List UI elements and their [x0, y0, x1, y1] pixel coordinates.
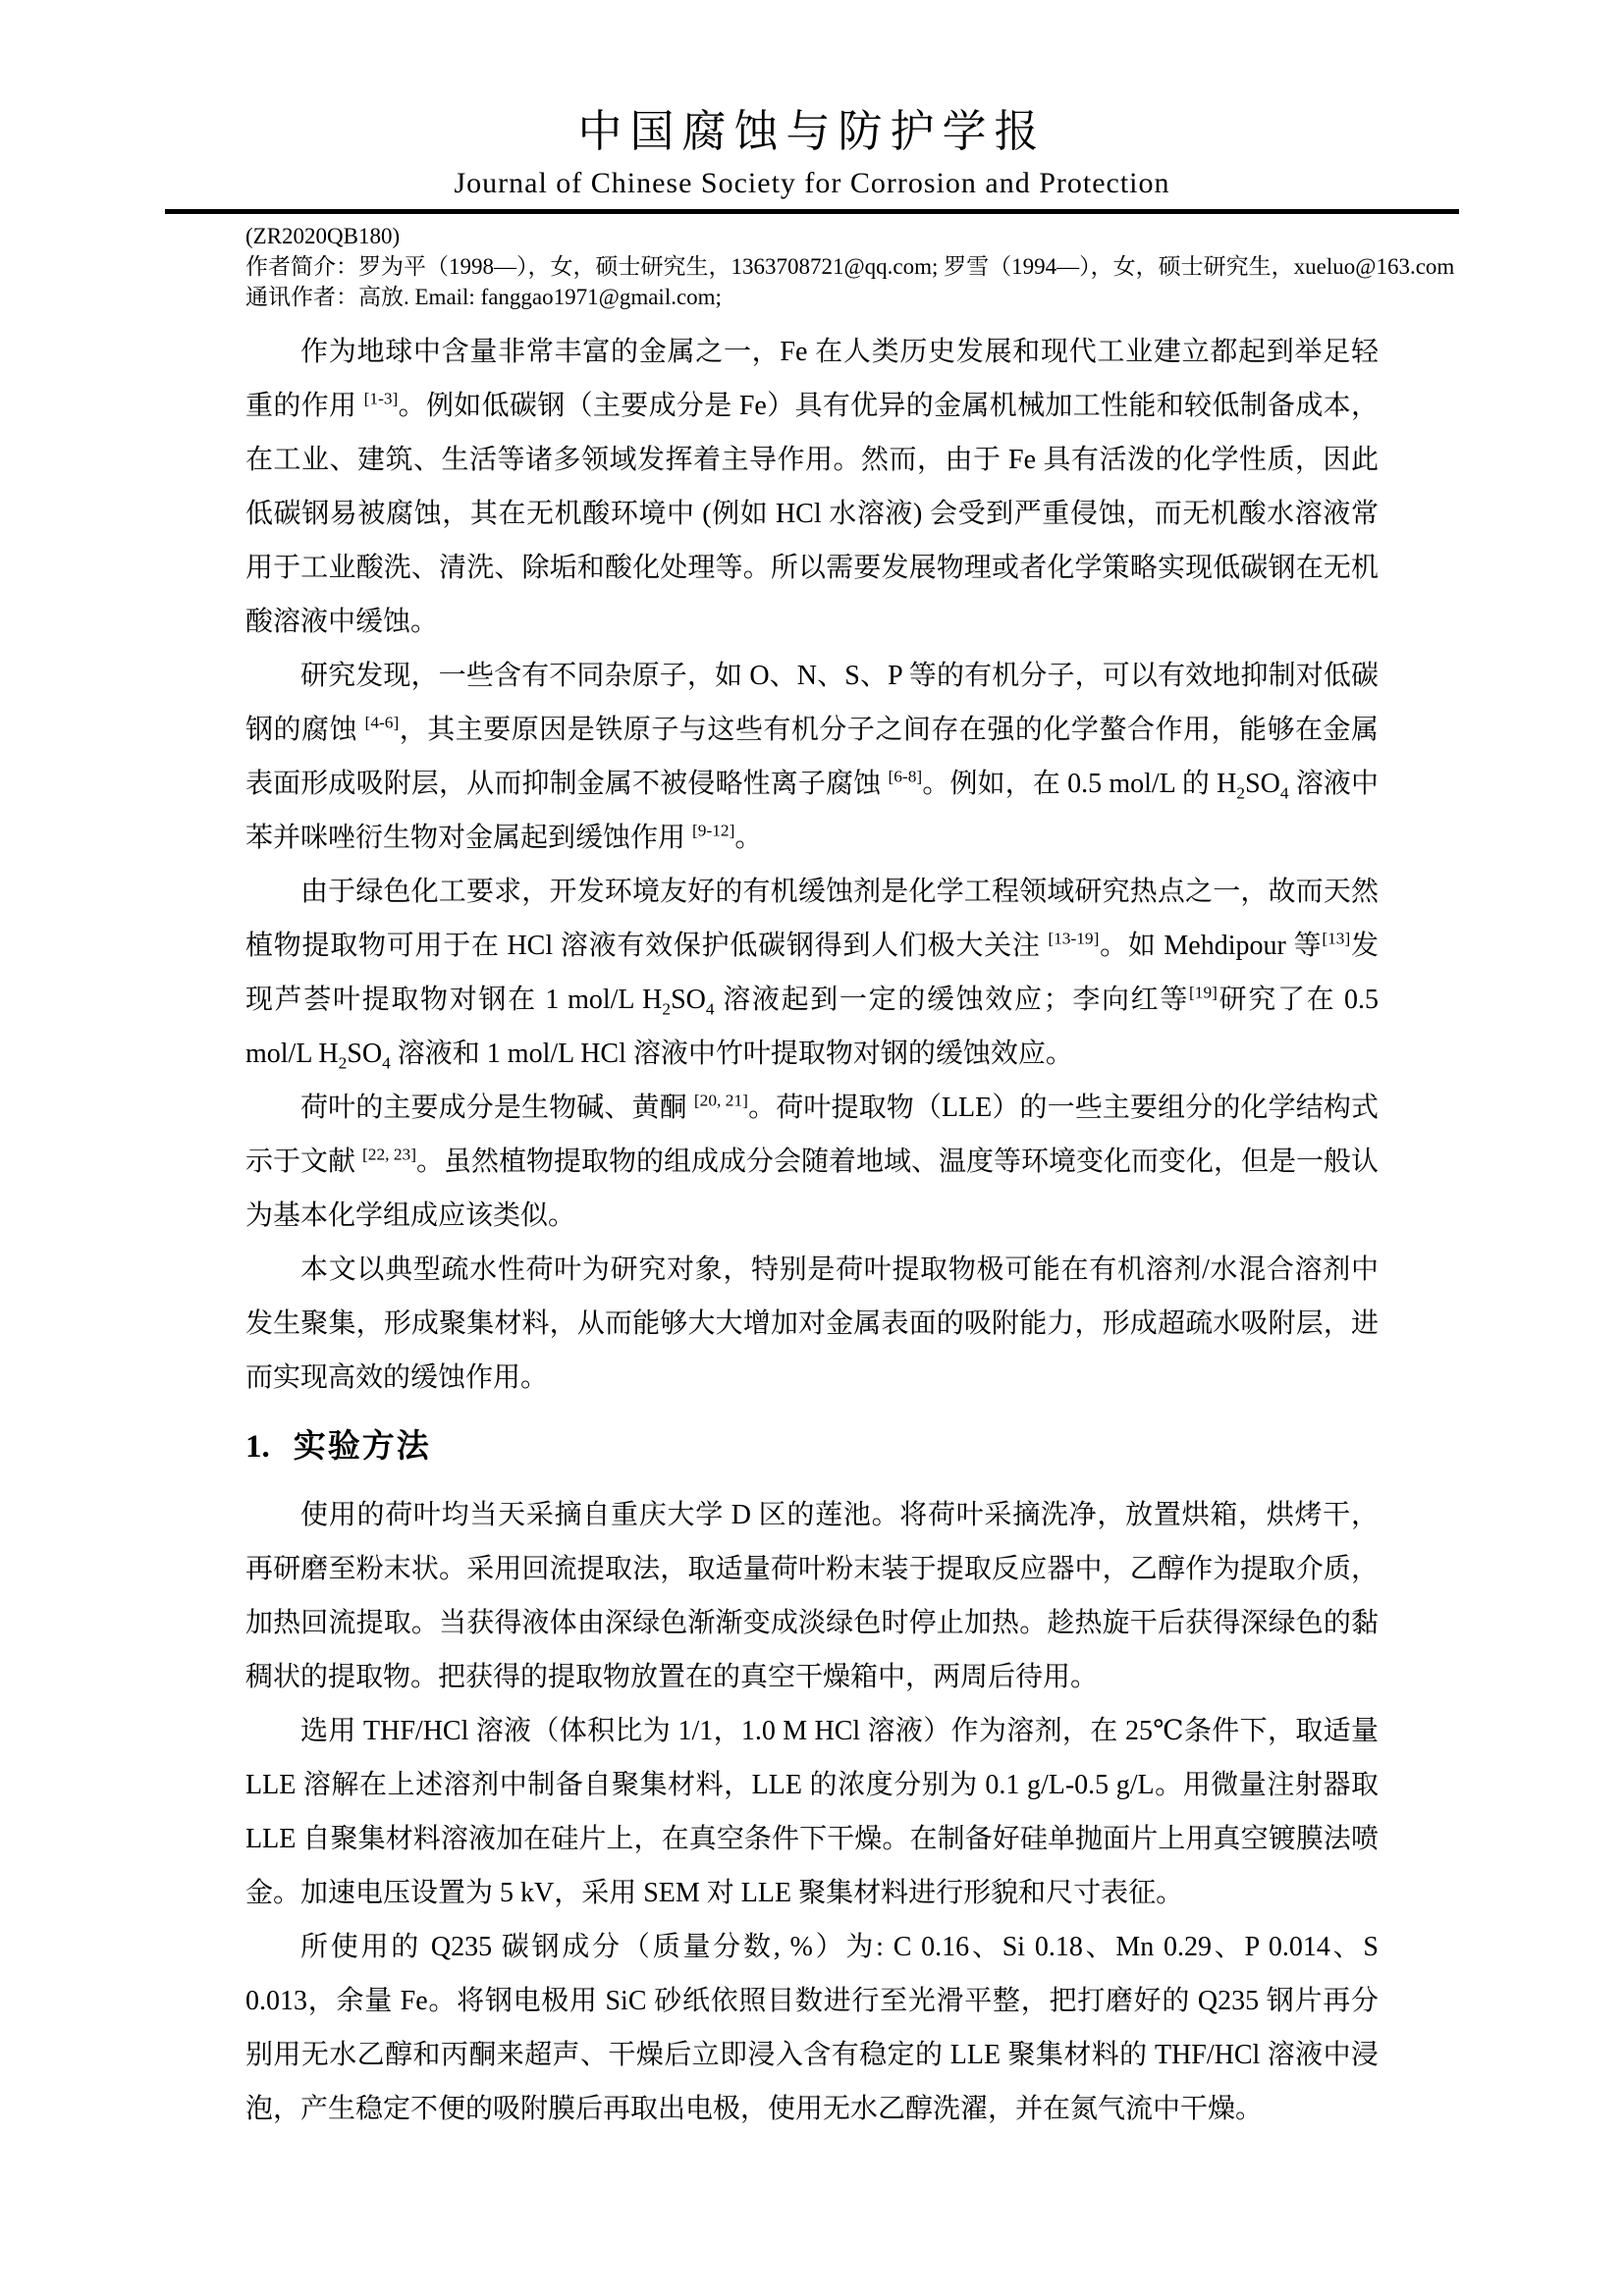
text-run: 荷叶的主要成分是生物碱、黄酮 [300, 1093, 694, 1123]
journal-title-cn: 中国腐蚀与防护学报 [0, 0, 1624, 157]
chemical-subscript: 4 [382, 1054, 391, 1073]
author-bio-line: 作者简介：罗为平（1998—），女，硕士研究生，1363708721@qq.co… [245, 251, 1379, 282]
text-run: SO [347, 1039, 382, 1069]
manuscript-page: 中国腐蚀与防护学报 Journal of Chinese Society for… [0, 0, 1624, 2296]
article-body: 作为地球中含量非常丰富的金属之一，Fe 在人类历史发展和现代工业建立都起到举足轻… [245, 325, 1379, 2136]
paragraph-2: 研究发现，一些含有不同杂原子，如 O、N、S、P 等的有机分子，可以有效地抑制对… [245, 649, 1379, 865]
citation-superscript: [6-8] [888, 768, 922, 786]
text-run: 。 [734, 823, 762, 853]
chemical-subscript: 2 [339, 1054, 348, 1073]
text-run: SO [671, 985, 706, 1015]
citation-superscript: [4-6] [365, 714, 400, 732]
text-run: 溶液起到一定的缓蚀效应；李向红等 [715, 985, 1189, 1015]
citation-superscript: [13-19] [1048, 930, 1099, 948]
section-title: 实验方法 [294, 1429, 431, 1465]
corresponding-author-line: 通讯作者：高放. Email: fanggao1971@gmail.com; [245, 282, 1379, 312]
paragraph-5: 本文以典型疏水性荷叶为研究对象，特别是荷叶提取物极可能在有机溶剂/水混合溶剂中发… [245, 1243, 1379, 1405]
section-number: 1. [245, 1429, 270, 1465]
text-run: 。例如低碳钢（主要成分是 Fe）具有优异的金属机械加工性能和较低制备成本，在工业… [245, 391, 1379, 637]
text-run: 使用的荷叶均当天采摘自重庆大学 D 区的莲池。将荷叶采摘洗净，放置烘箱，烘烤干，… [245, 1500, 1379, 1692]
meta-block: (ZR2020QB180) 作者简介：罗为平（1998—），女，硕士研究生，13… [245, 221, 1379, 312]
chemical-subscript: 2 [1236, 784, 1245, 803]
citation-superscript: [1-3] [364, 390, 399, 408]
text-run: 选用 THF/HCl 溶液（体积比为 1/1，1.0 M HCl 溶液）作为溶剂… [245, 1716, 1379, 1908]
grant-number: (ZR2020QB180) [245, 221, 1379, 251]
text-run: 所使用的 Q235 碳钢成分（质量分数, %）为: C 0.16、Si 0.18… [245, 1932, 1379, 2124]
citation-superscript: [13] [1322, 930, 1350, 948]
text-run: 。虽然植物提取物的组成成分会随着地域、温度等环境变化而变化，但是一般认为基本化学… [245, 1147, 1379, 1231]
citation-superscript: [9-12] [692, 822, 734, 840]
citation-superscript: [19] [1189, 984, 1218, 1002]
paragraph-9: 所使用的 Q235 碳钢成分（质量分数, %）为: C 0.16、Si 0.18… [245, 1920, 1379, 2136]
citation-superscript: [20, 21] [694, 1092, 748, 1110]
chemical-subscript: 4 [1280, 784, 1289, 803]
chemical-subscript: 2 [662, 1000, 671, 1019]
paragraph-7: 使用的荷叶均当天采摘自重庆大学 D 区的莲池。将荷叶采摘洗净，放置烘箱，烘烤干，… [245, 1488, 1379, 1704]
text-run: 溶液和 1 mol/L HCl 溶液中竹叶提取物对钢的缓蚀效应。 [391, 1039, 1073, 1069]
text-run: 。例如，在 0.5 mol/L 的 H [922, 769, 1236, 799]
paragraph-4: 荷叶的主要成分是生物碱、黄酮 [20, 21]。荷叶提取物（LLE）的一些主要组… [245, 1081, 1379, 1243]
text-run: SO [1245, 769, 1280, 799]
chemical-subscript: 4 [706, 1000, 715, 1019]
section-heading: 1.实验方法 [245, 1420, 1379, 1474]
journal-title-en: Journal of Chinese Society for Corrosion… [0, 167, 1624, 200]
text-run: 本文以典型疏水性荷叶为研究对象，特别是荷叶提取物极可能在有机溶剂/水混合溶剂中发… [245, 1255, 1379, 1393]
paragraph-3: 由于绿色化工要求，开发环境友好的有机缓蚀剂是化学工程领域研究热点之一，故而天然植… [245, 865, 1379, 1081]
header-rule [165, 209, 1459, 214]
text-run: 。如 Mehdipour 等 [1099, 931, 1322, 961]
journal-header: 中国腐蚀与防护学报 Journal of Chinese Society for… [0, 0, 1624, 214]
citation-superscript: [22, 23] [362, 1146, 416, 1164]
paragraph-1: 作为地球中含量非常丰富的金属之一，Fe 在人类历史发展和现代工业建立都起到举足轻… [245, 325, 1379, 649]
paragraph-8: 选用 THF/HCl 溶液（体积比为 1/1，1.0 M HCl 溶液）作为溶剂… [245, 1704, 1379, 1920]
